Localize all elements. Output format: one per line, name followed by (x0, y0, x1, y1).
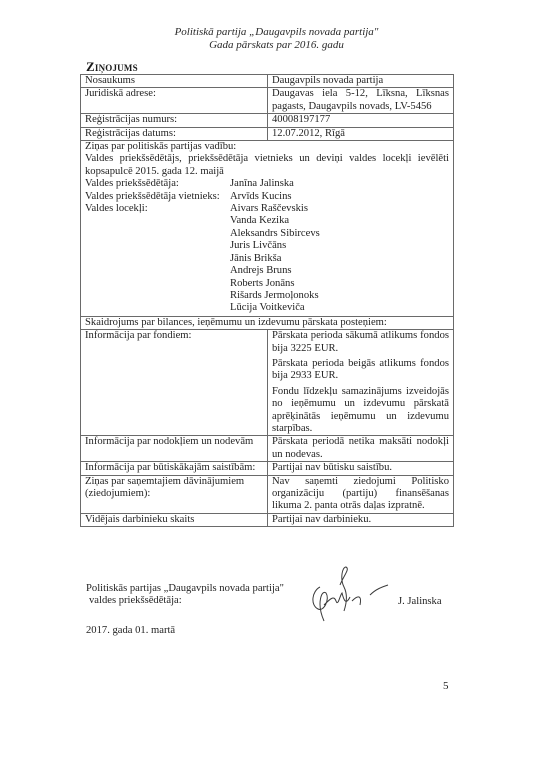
funds-paragraph: Pārskata perioda beigās atlikums fondos … (272, 358, 449, 383)
row-value: 12.07.2012, Rīgā (268, 127, 454, 140)
member-name: Roberts Jonāns (85, 278, 449, 290)
member-name: Aleksandrs Sibircevs (85, 228, 449, 240)
signature-party: Politiskās partijas „Daugavpils novada p… (86, 583, 284, 595)
table-row: Vidējais darbinieku skaits Partijai nav … (81, 513, 454, 526)
leadership-intro: Valdes priekšsēdētājs, priekšsēdētāja vi… (85, 153, 449, 178)
row-label: Ziņas par saņemtajiem dāvinājumiem (zied… (81, 475, 268, 513)
report-table: Nosaukums Daugavpils novada partija Juri… (80, 74, 454, 527)
row-value: Pārskata periodā netika maksāti nodokļi … (268, 436, 454, 462)
table-row: Ziņas par saņemtajiem dāvinājumiem (zied… (81, 475, 454, 513)
row-value: Daugavas iela 5-12, Līksna, Līksnas paga… (268, 88, 454, 114)
member-name: Andrejs Bruns (85, 265, 449, 277)
row-label: Reģistrācijas datums: (81, 127, 268, 140)
explanation-heading: Skaidrojums par bilances, ieņēmumu un iz… (81, 316, 454, 329)
funds-label: Informācija par fondiem: (81, 330, 268, 436)
leadership-heading: Ziņas par politiskās partijas vadību: (85, 141, 449, 153)
table-row: Informācija par būtiskākajām saistībām: … (81, 462, 454, 475)
row-value: 40008197177 (268, 114, 454, 127)
funds-paragraph: Fondu līdzekļu samazinājums izveidojās n… (272, 386, 449, 436)
document-header: Politiskā partija „Daugavpils novada par… (0, 26, 553, 52)
row-label: Vidējais darbinieku skaits (81, 513, 268, 526)
row-value: Nav saņemti ziedojumi Politisko organizā… (268, 475, 454, 513)
header-report-title: Gada pārskats par 2016. gadu (0, 39, 553, 52)
signature-role: valdes priekšsēdētāja: (86, 595, 284, 607)
row-label: Reģistrācijas numurs: (81, 114, 268, 127)
member-name: Aivars Raščevskis (230, 203, 308, 215)
table-row: Reģistrācijas numurs: 40008197177 (81, 114, 454, 127)
chair-name: Janīna Jalinska (230, 178, 294, 190)
member-name: Jānis Brikša (85, 253, 449, 265)
leadership-section: Ziņas par politiskās partijas vadību: Va… (81, 141, 454, 317)
members-line: Valdes locekļi: Aivars Raščevskis (85, 203, 449, 215)
member-name: Rišards Jermoļonoks (85, 290, 449, 302)
signature-block: Politiskās partijas „Daugavpils novada p… (86, 583, 284, 608)
deputy-line: Valdes priekšsēdētāja vietnieks: Arvīds … (85, 191, 449, 203)
table-row: Juridiskā adrese: Daugavas iela 5-12, Lī… (81, 88, 454, 114)
table-row: Reģistrācijas datums: 12.07.2012, Rīgā (81, 127, 454, 140)
chair-label: Valdes priekšsēdētāja: (85, 178, 230, 190)
row-label: Juridiskā adrese: (81, 88, 268, 114)
explanation-heading-row: Skaidrojums par bilances, ieņēmumu un iz… (81, 316, 454, 329)
row-value: Partijai nav būtisku saistību. (268, 462, 454, 475)
funds-row: Informācija par fondiem: Pārskata period… (81, 330, 454, 436)
member-name: Lūcija Voitkeviča (85, 302, 449, 314)
row-value: Daugavpils novada partija (268, 75, 454, 88)
report-title: Ziņojums (86, 59, 138, 75)
page-number: 5 (443, 680, 449, 692)
funds-paragraph: Pārskata perioda sākumā atlikums fondos … (272, 330, 449, 355)
member-name: Vanda Kezika (85, 215, 449, 227)
row-value: Partijai nav darbinieku. (268, 513, 454, 526)
deputy-label: Valdes priekšsēdētāja vietnieks: (85, 191, 230, 203)
signature-date: 2017. gada 01. martā (86, 625, 175, 636)
members-label: Valdes locekļi: (85, 203, 230, 215)
table-row: Informācija par nodokļiem un nodevām Pār… (81, 436, 454, 462)
table-row: Nosaukums Daugavpils novada partija (81, 75, 454, 88)
row-label: Informācija par nodokļiem un nodevām (81, 436, 268, 462)
header-party-name: Politiskā partija „Daugavpils novada par… (0, 26, 553, 39)
chair-line: Valdes priekšsēdētāja: Janīna Jalinska (85, 178, 449, 190)
row-label: Informācija par būtiskākajām saistībām: (81, 462, 268, 475)
member-name: Juris Livčāns (85, 240, 449, 252)
row-label: Nosaukums (81, 75, 268, 88)
handwritten-signature-icon (300, 565, 400, 628)
deputy-name: Arvīds Kucins (230, 191, 292, 203)
signatory-name: J. Jalinska (398, 596, 442, 607)
